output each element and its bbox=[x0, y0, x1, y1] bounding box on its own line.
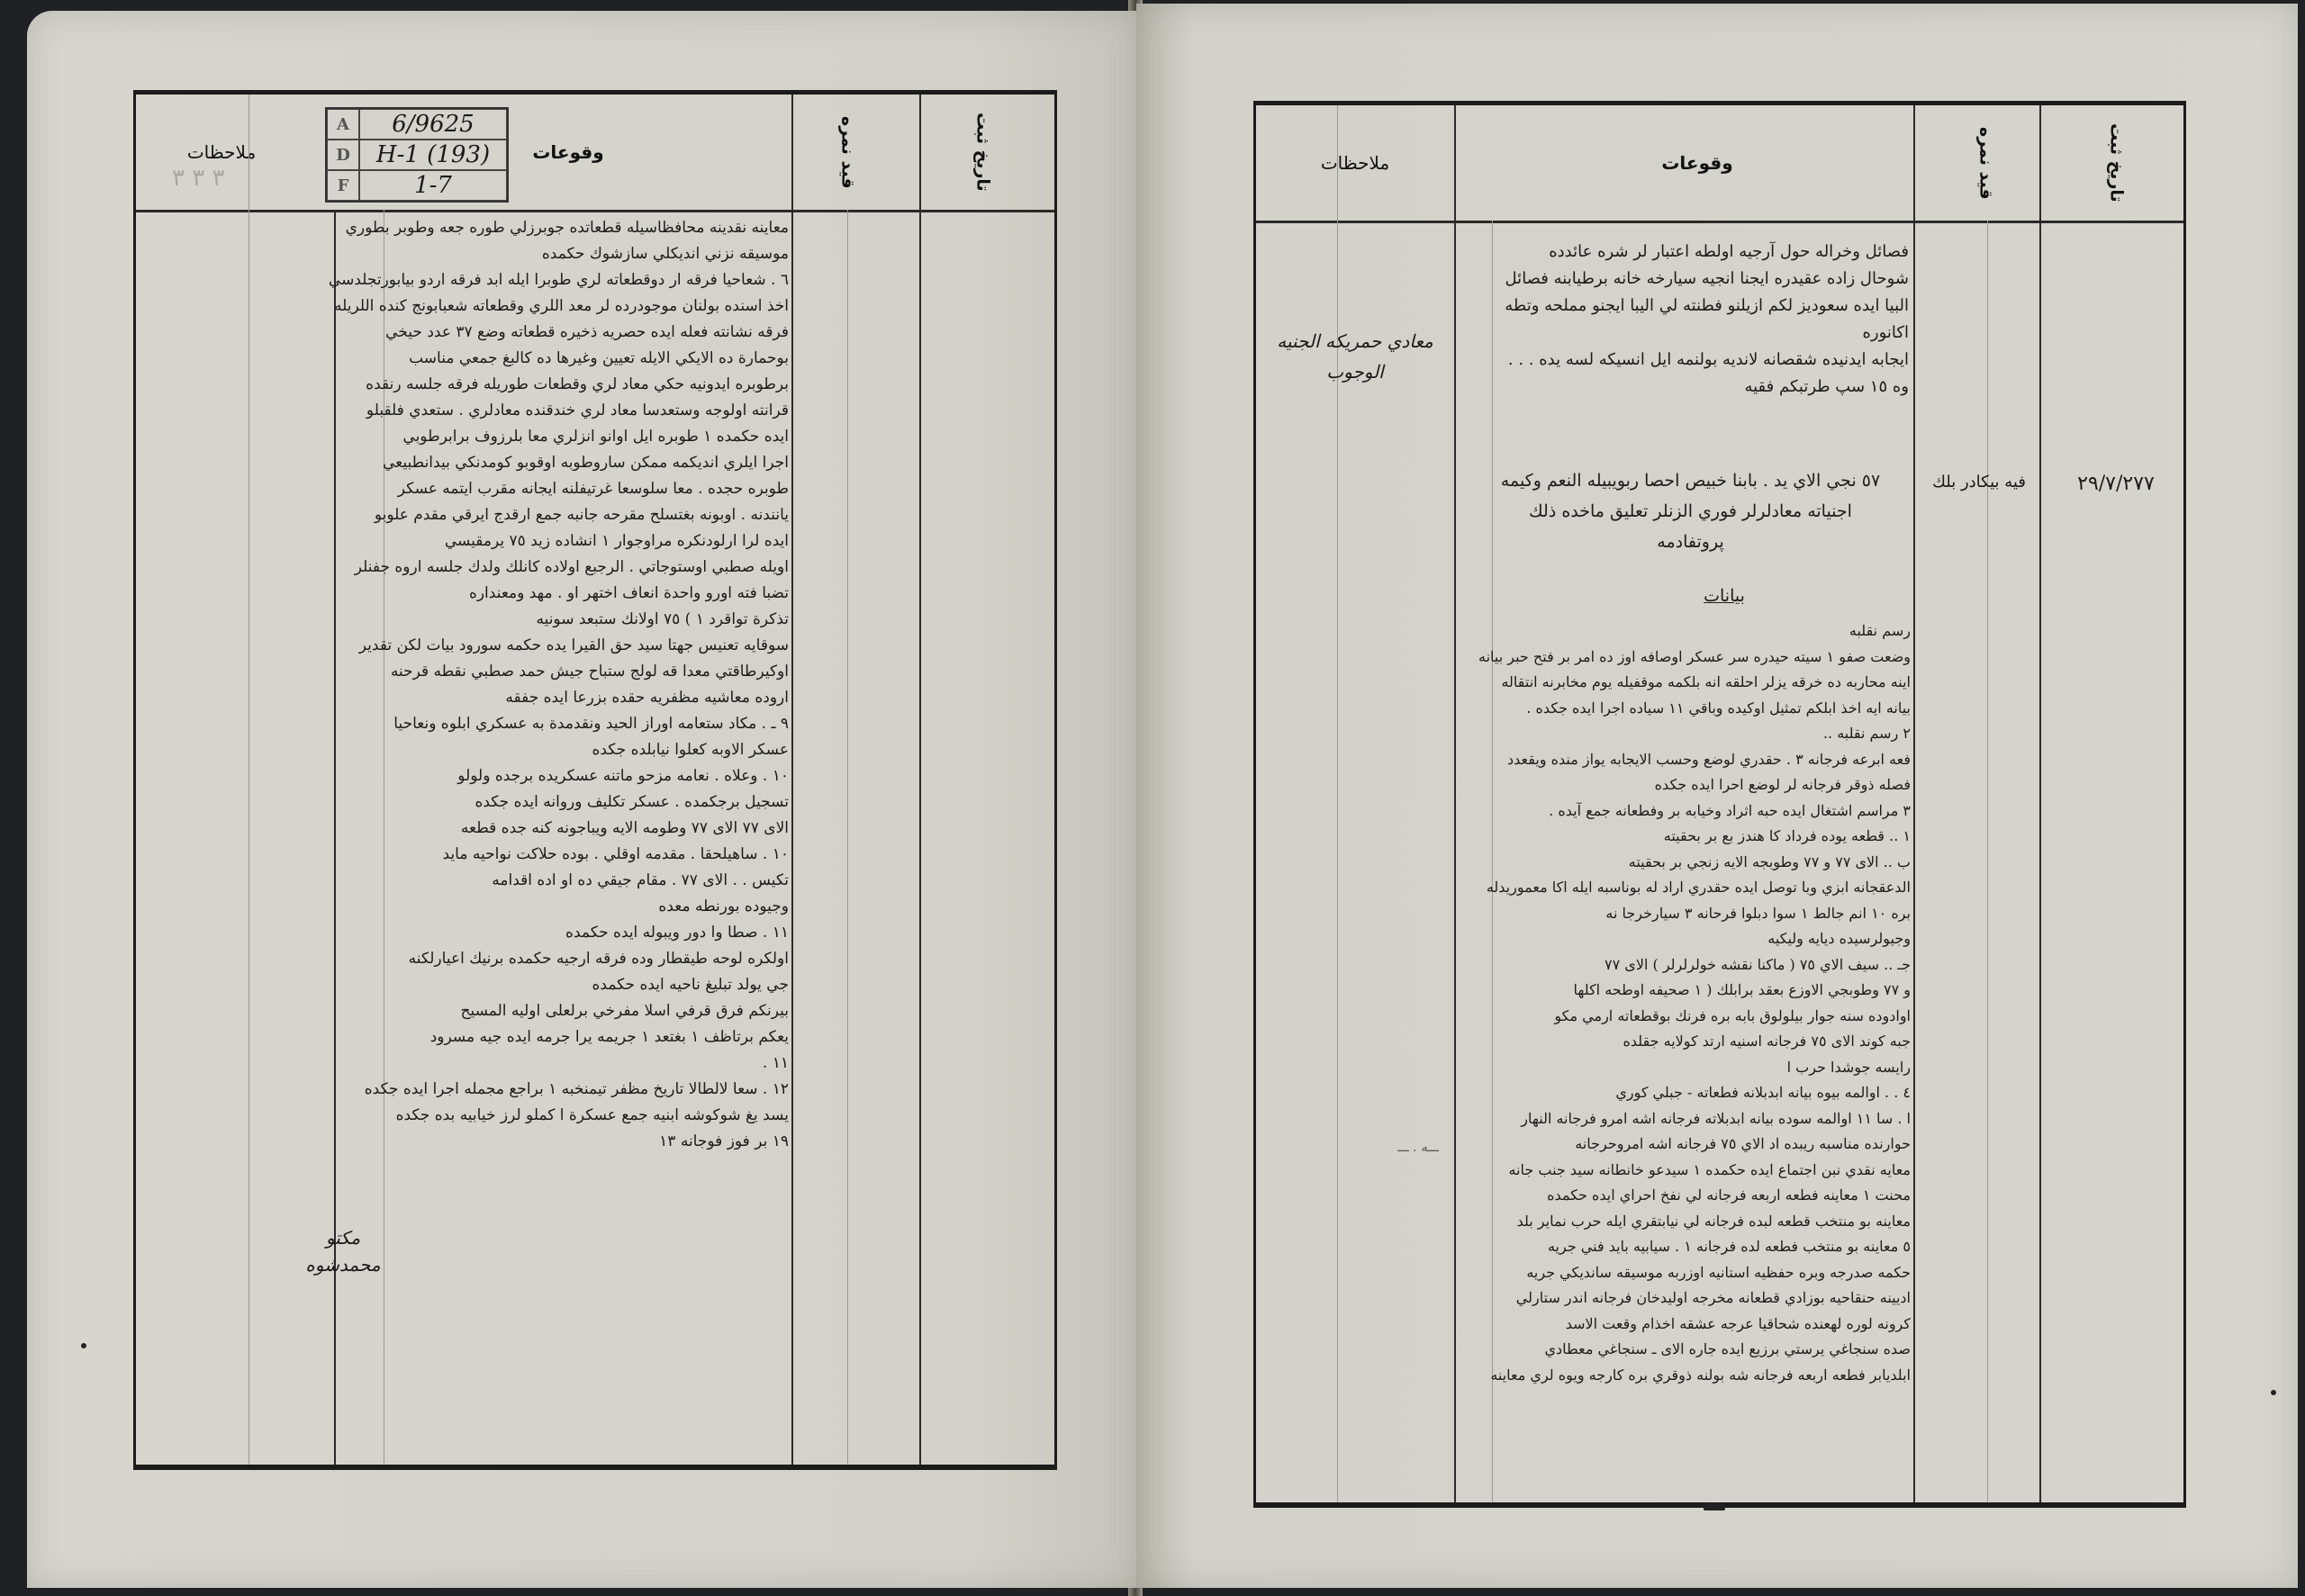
left-page-events-text: معاينه نقدينه محافظاسيله قطعاتده جوبرزلي… bbox=[316, 215, 789, 1155]
stamp-key-a: A bbox=[327, 109, 359, 140]
stamp-value-f: 1-7 bbox=[359, 170, 507, 201]
column-divider bbox=[791, 95, 793, 1465]
column-divider bbox=[1987, 221, 1988, 1502]
margin-note-line: معادي حمريكه الجنيه bbox=[1265, 326, 1445, 356]
page-bottom-mark bbox=[1704, 1503, 1725, 1510]
column-divider bbox=[1913, 105, 1915, 1502]
margin-mark bbox=[2271, 1390, 2276, 1395]
entry-text: ٥٧ نجي الاي يد . بابنا خبيص احصا ربويبيل… bbox=[1472, 465, 1909, 557]
record-number-column-header: قيد نمره bbox=[1976, 127, 1995, 200]
signature-line: مكتو bbox=[289, 1224, 397, 1251]
left-page: ملاحظات ٣ ٣ ٣ A 6/9625 D H-1 (193) F 1-7… bbox=[27, 11, 1139, 1588]
column-divider bbox=[249, 95, 249, 1465]
right-table-header: ملاحظات وقوعات قيد نمره تاريخ ثبت bbox=[1256, 105, 2183, 223]
entry-record-number: فيه بيكادر بلك bbox=[1921, 473, 2038, 491]
column-divider bbox=[1454, 105, 1456, 1502]
section-heading: بيانات bbox=[1688, 582, 1760, 610]
stamp-key-d: D bbox=[327, 140, 359, 170]
pencil-marks: ٣ ٣ ٣ bbox=[172, 165, 224, 192]
column-divider bbox=[2039, 105, 2041, 1502]
column-divider bbox=[1337, 105, 1338, 1502]
stamp-key-f: F bbox=[327, 170, 359, 201]
stamp-value-d: H-1 (193) bbox=[359, 140, 507, 170]
right-page-opening-text: فصائل وخراله حول آرجيه اولطه اعتبار لر ش… bbox=[1472, 239, 1909, 401]
margin-note: ـــه . ـــ bbox=[1382, 1141, 1454, 1155]
right-page-events-text: رسم نقلبه وضعت صفو ١ سيته حيدره سر عسكر … bbox=[1465, 618, 1911, 1388]
registration-date-column-header: تاريخ ثبت bbox=[2107, 123, 2126, 203]
notes-column-header: ملاحظات bbox=[1256, 105, 1454, 221]
signature-block: مكتو محمدشوه bbox=[289, 1224, 397, 1278]
stamp-value-a: 6/9625 bbox=[359, 109, 507, 140]
margin-note: معادي حمريكه الجنيه الوجوب bbox=[1265, 326, 1445, 387]
notes-column-header: ملاحظات bbox=[154, 95, 289, 210]
entry-date: ٢٩/٧/٢٧٧ bbox=[2057, 473, 2174, 495]
left-register-table: ملاحظات ٣ ٣ ٣ A 6/9625 D H-1 (193) F 1-7… bbox=[133, 90, 1057, 1470]
margin-note-line: الوجوب bbox=[1265, 356, 1445, 387]
registration-date-column-header: تاريخ ثبت bbox=[973, 113, 992, 192]
events-column-header: وقوعات bbox=[514, 95, 622, 210]
archive-stamp: A 6/9625 D H-1 (193) F 1-7 bbox=[325, 107, 509, 203]
events-column-header: وقوعات bbox=[1562, 105, 1832, 221]
left-table-header: ملاحظات ٣ ٣ ٣ A 6/9625 D H-1 (193) F 1-7… bbox=[136, 95, 1054, 212]
right-register-table: ملاحظات وقوعات قيد نمره تاريخ ثبت فصائل … bbox=[1253, 101, 2186, 1508]
margin-mark bbox=[81, 1343, 86, 1348]
record-number-column-header: قيد نمره bbox=[838, 116, 857, 189]
column-divider bbox=[847, 210, 848, 1465]
right-page: ملاحظات وقوعات قيد نمره تاريخ ثبت فصائل … bbox=[1136, 4, 2298, 1588]
column-divider bbox=[919, 95, 921, 1465]
signature-line: محمدشوه bbox=[289, 1251, 397, 1278]
